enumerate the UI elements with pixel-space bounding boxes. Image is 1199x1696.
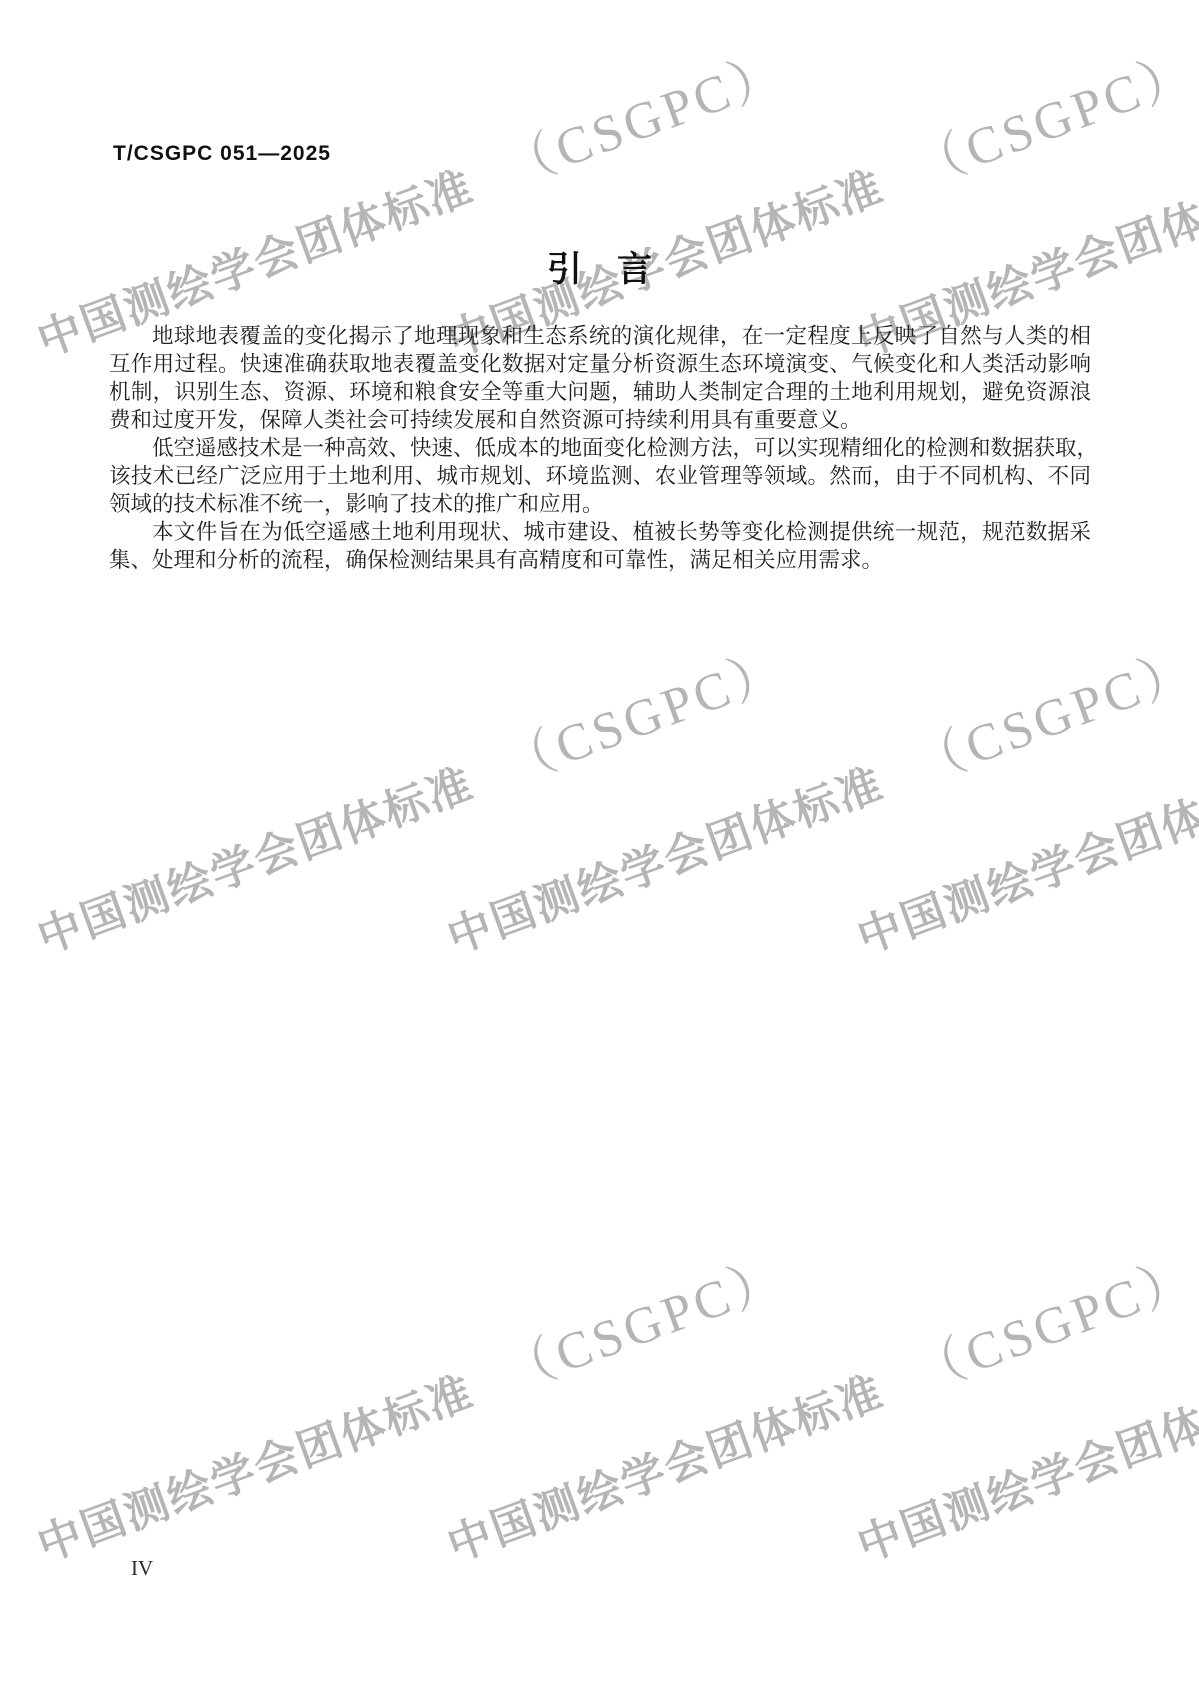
body-line: 本文件旨在为低空遥感土地利用现状、城市建设、植被长势等变化检测提供统一规范，规范… [109,518,1091,546]
watermark-en-text: （CSGPC） [906,1248,1199,1403]
watermark: 中国测绘学会团体标准（CSGPC） [24,29,795,371]
body-line: 互作用过程。快速准确获取地表覆盖变化数据对定量分析资源生态环境演变、气候变化和人… [109,350,1091,378]
watermark-cn-text: 中国测绘学会团体标准 [441,1367,890,1570]
watermark: 中国测绘学会团体标准（CSGPC） [24,1234,795,1576]
watermark-cn-text: 中国测绘学会团体标准 [851,759,1199,962]
watermark: 中国测绘学会团体标准（CSGPC） [434,1234,1199,1576]
standard-number: T/CSGPC 051—2025 [113,142,331,166]
watermark-cn-text: 中国测绘学会团体标准 [31,759,480,962]
watermark-cn-text: 中国测绘学会团体标准 [31,1367,480,1570]
document-page: 中国测绘学会团体标准（CSGPC） 中国测绘学会团体标准（CSGPC） 中国测绘… [0,0,1199,1696]
body-line: 地球地表覆盖的变化揭示了地理现象和生态系统的演化规律，在一定程度上反映了自然与人… [109,322,1091,350]
watermark: 中国测绘学会团体标准（CSGPC） [434,626,1199,968]
page-number: IV [131,1556,153,1581]
body-line: 集、处理和分析的流程，确保检测结果具有高精度和可靠性，满足相关应用需求。 [109,546,1091,574]
body-line: 该技术已经广泛应用于土地利用、城市规划、环境监测、农业管理等领域。然而，由于不同… [109,462,1091,490]
watermark-en-text: （CSGPC） [496,640,794,795]
watermark-cn-text: 中国测绘学会团体标准 [851,1367,1199,1570]
introduction-text: 地球地表覆盖的变化揭示了地理现象和生态系统的演化规律，在一定程度上反映了自然与人… [109,322,1091,574]
body-line: 领域的技术标准不统一，影响了技术的推广和应用。 [109,490,1091,518]
watermark: 中国测绘学会团体标准（CSGPC） [844,29,1199,371]
watermark-en-text: （CSGPC） [496,1248,794,1403]
watermark: 中国测绘学会团体标准（CSGPC） [844,1234,1199,1576]
watermark-en-text: （CSGPC） [906,640,1199,795]
watermark: 中国测绘学会团体标准（CSGPC） [24,626,795,968]
watermark-en-text: （CSGPC） [496,43,794,198]
watermark: 中国测绘学会团体标准（CSGPC） [434,29,1199,371]
watermark-cn-text: 中国测绘学会团体标准 [441,759,890,962]
watermark-en-text: （CSGPC） [906,43,1199,198]
body-line: 机制，识别生态、资源、环境和粮食安全等重大问题，辅助人类制定合理的土地利用规划，… [109,378,1091,406]
body-line: 低空遥感技术是一种高效、快速、低成本的地面变化检测方法，可以实现精细化的检测和数… [109,434,1091,462]
watermark: 中国测绘学会团体标准（CSGPC） [844,626,1199,968]
page-title: 引 言 [0,242,1199,292]
body-line: 费和过度开发，保障人类社会可持续发展和自然资源可持续利用具有重要意义。 [109,406,1091,434]
